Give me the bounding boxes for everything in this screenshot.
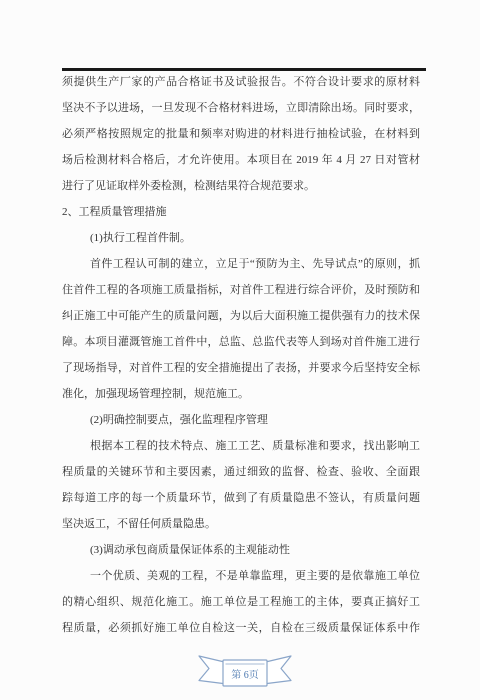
page-number-label: 第 6页: [231, 668, 259, 681]
text-line: 程质量的关键环节和主要因素，通过细致的监督、检查、验收、全面跟: [62, 459, 420, 485]
text-line: 了现场指导，对首件工程的安全措施提出了表扬，并要求今后坚持安全标: [62, 355, 420, 381]
text-line: (2)明确控制要点，强化监理程序管理: [62, 407, 420, 433]
text-line: 一个优质、美观的工程，不是单靠监理，更主要的是依靠施工单位: [62, 563, 420, 589]
text-line: 准化，加强现场管理控制，规范施工。: [62, 381, 420, 407]
text-line: 2、工程质量管理措施: [62, 199, 420, 225]
text-line: 住首件工程的各项施工质量指标，对首件工程进行综合评价，及时预防和: [62, 277, 420, 303]
text-line: 进行了见证取样外委检测，检测结果符合规范要求。: [62, 173, 420, 199]
text-line: 场后检测材料合格后，才允许使用。本项目在 2019 年 4 月 27 日对管材: [62, 147, 420, 173]
text-line: 首件工程认可制的建立，立足于“预防为主、先导试点”的原则，抓: [62, 251, 420, 277]
text-line: 根据本工程的技术特点、施工工艺、质量标准和要求，找出影响工: [62, 433, 420, 459]
text-line: 的精心组织、规范化施工。施工单位是工程施工的主体，要真正搞好工: [62, 589, 420, 615]
text-line: 坚决不予以进场，一旦发现不合格材料进场，立即清除出场。同时要求，: [62, 95, 420, 121]
text-line: (1)执行工程首件制。: [62, 225, 420, 251]
document-page: 须提供生产厂家的产品合格证书及试验报告。不符合设计要求的原材料坚决不予以进场，一…: [0, 0, 480, 700]
page-number-badge: 第 6页: [195, 650, 295, 690]
text-line: 障。本项目灌溉管施工首件中，总监、总监代表等人到场对首件施工进行: [62, 329, 420, 355]
text-line: 必须严格按照规定的批量和频率对购进的材料进行抽检试验，在材料到: [62, 121, 420, 147]
text-line: 纠正施工中可能产生的质量问题，为以后大面积施工提供强有力的技术保: [62, 303, 420, 329]
text-lines: 须提供生产厂家的产品合格证书及试验报告。不符合设计要求的原材料坚决不予以进场，一…: [62, 69, 420, 641]
text-line: 须提供生产厂家的产品合格证书及试验报告。不符合设计要求的原材料: [62, 69, 420, 95]
text-line: (3)调动承包商质量保证体系的主观能动性: [62, 537, 420, 563]
text-line: 踪每道工序的每一个质量环节，做到了有质量隐患不签认，有质量问题: [62, 485, 420, 511]
text-line: 坚决返工，不留任何质量隐患。: [62, 511, 420, 537]
text-line: 程质量，必须抓好施工单位自检这一关，自检在三级质量保证体系中作: [62, 615, 420, 641]
